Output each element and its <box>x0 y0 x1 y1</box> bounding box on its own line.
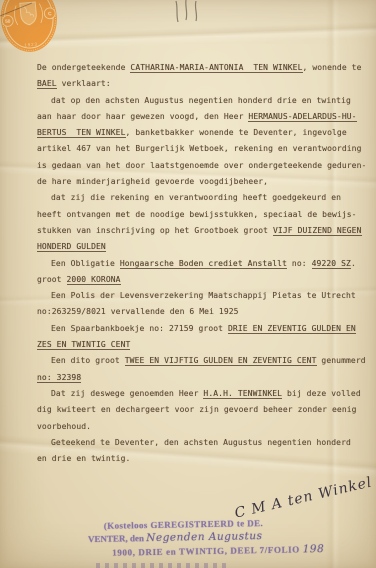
document-line: Dat zij deswege genoemden Heer H.A.H. TE… <box>37 386 369 402</box>
text-segment: genummerd <box>317 356 366 365</box>
document-line: Een Obligatie Hongaarsche Boden crediet … <box>37 256 369 272</box>
pen-line-mark <box>0 0 40 22</box>
document-line: ZES EN TWINTIG CENT <box>37 337 369 353</box>
text-segment: en drie en twintig. <box>37 454 130 463</box>
text-segment: dat op den achsten Augustus negentien ho… <box>51 96 351 105</box>
document-line: Geteekend te Deventer, den achsten Augus… <box>37 435 369 451</box>
document-text: De ondergeteekende CATHARINA-MARIA-ANTON… <box>37 60 369 467</box>
text-segment: TWEE EN VIJFTIG GULDEN EN ZEVENTIG CENT <box>125 356 317 366</box>
text-segment: stukken van inschrijving op het Grootboe… <box>37 226 273 235</box>
text-segment: dig kwiteert en dechargeert voor zijn ge… <box>37 405 357 414</box>
text-segment: no: <box>287 259 312 268</box>
document-line: Een Polis der Levensverzekering Maatscha… <box>37 288 369 304</box>
registration-stamp: (Kosteloos GEREGISTREERD te DE. VENTER, … <box>88 516 329 560</box>
document-line: dat op den achsten Augustus negentien ho… <box>37 93 369 109</box>
document-page: 50 C 1923 De ondergeteekende CATHARINA-M… <box>0 0 376 568</box>
document-line: de hare minderjarigheid gevoerde voogdij… <box>37 174 369 190</box>
document-line: BAEL verklaart: <box>37 76 369 92</box>
registration-stamp-line3-typed: 1900, DRIE en TWINTIG, DEEL 7/FOLIO <box>112 544 303 557</box>
document-line: Een dito groot TWEE EN VIJFTIG GULDEN EN… <box>37 353 369 369</box>
document-line: dig kwiteert en dechargeert voor zijn ge… <box>37 402 369 418</box>
text-segment: Hongaarsche Boden crediet Anstallt <box>120 259 287 269</box>
text-segment: , banketbakker wonende te Deventer, inge… <box>126 128 347 137</box>
document-line: no:263259/8021 vervallende den 6 Mei 192… <box>37 304 369 320</box>
text-segment: 49220 SZ <box>312 259 351 269</box>
document-line: artikel 467 van het Burgerlijk Wetboek, … <box>37 141 369 157</box>
ink-mark <box>170 0 206 24</box>
text-segment: artikel 467 van het Burgerlijk Wetboek, … <box>37 144 361 153</box>
document-line: en drie en twintig. <box>37 451 369 467</box>
text-segment: Een Obligatie <box>51 259 120 268</box>
text-segment: . <box>351 259 356 268</box>
text-segment: de hare minderjarigheid gevoerde voogdij… <box>37 177 268 186</box>
text-segment: HONDERD GULDEN <box>37 242 106 252</box>
text-segment: CATHARINA-MARIA-ANTONIA TEN WINKEL <box>130 63 302 73</box>
registration-stamp-line3-handwritten: 198 <box>303 543 325 555</box>
document-line: no: 32398 <box>37 370 369 386</box>
document-line: heeft ontvangen met de noodige bewijsstu… <box>37 207 369 223</box>
registration-stamp-line2-handwritten: Negenden Augustus <box>146 530 262 544</box>
text-segment: HERMANUS-ADELARDUS-HU- <box>248 112 356 122</box>
text-segment: is gedaan van het door laatstgenoemde ov… <box>37 161 366 170</box>
document-line: aan haar door haar gewezen voogd, den He… <box>37 109 369 125</box>
text-segment: 2000 KORONA <box>67 275 121 285</box>
signature: C M A ten Winkel <box>233 472 376 521</box>
text-segment: Dat zij deswege genoemden Heer <box>51 389 203 398</box>
text-segment: heeft ontvangen met de noodige bewijsstu… <box>37 210 357 219</box>
document-line: groot 2000 KORONA <box>37 272 369 288</box>
text-segment: ZES EN TWINTIG CENT <box>37 340 130 350</box>
text-segment: Een Polis der Levensverzekering Maatscha… <box>51 291 356 300</box>
text-segment: BAEL <box>37 79 57 89</box>
text-segment: DRIE EN ZEVENTIG GULDEN EN <box>228 324 356 334</box>
document-line: dat zij die rekening en verantwoording h… <box>37 190 369 206</box>
text-segment: BERTUS TEN WINKEL <box>37 128 126 138</box>
text-segment: bij deze volled <box>282 389 361 398</box>
document-line: BERTUS TEN WINKEL, banketbakker wonende … <box>37 125 369 141</box>
text-segment: groot <box>37 275 67 284</box>
text-segment: Een Spaarbankboekje no: 27159 groot <box>51 324 228 333</box>
text-segment: verklaart: <box>57 79 111 88</box>
document-line: voorbehoud. <box>37 419 369 435</box>
text-segment: no: 32398 <box>37 373 81 383</box>
text-segment: no:263259/8021 vervallende den 6 Mei 192… <box>37 307 239 316</box>
document-line: Een Spaarbankboekje no: 27159 groot DRIE… <box>37 321 369 337</box>
text-segment: dat zij die rekening en verantwoording h… <box>51 193 341 202</box>
document-line: is gedaan van het door laatstgenoemde ov… <box>37 158 369 174</box>
text-segment: aan haar door haar gewezen voogd, den He… <box>37 112 248 121</box>
document-line: HONDERD GULDEN <box>37 239 369 255</box>
registration-stamp-line2-typed: VENTER, den <box>88 533 146 544</box>
registration-stamp-clipped-line <box>96 563 226 568</box>
text-segment: Geteekend te Deventer, den achsten Augus… <box>51 438 351 447</box>
document-line: stukken van inschrijving op het Grootboe… <box>37 223 369 239</box>
text-segment: De ondergeteekende <box>37 63 130 72</box>
text-segment: H.A.H. TENWINKEL <box>203 389 282 399</box>
document-line: De ondergeteekende CATHARINA-MARIA-ANTON… <box>37 60 369 76</box>
text-segment: Een dito groot <box>51 356 125 365</box>
text-segment: VIJF DUIZEND NEGEN <box>273 226 362 236</box>
text-segment: , wonende te <box>303 63 362 72</box>
text-segment: voorbehoud. <box>37 422 91 431</box>
